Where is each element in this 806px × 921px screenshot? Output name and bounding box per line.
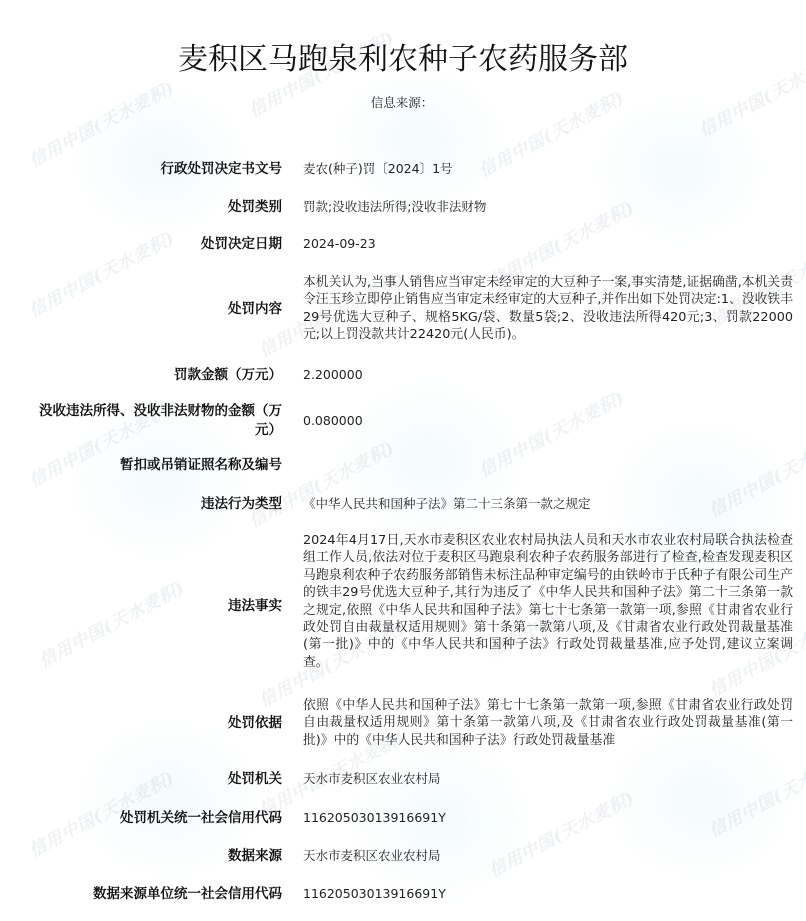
field-value: 本机关认为,当事人销售应当审定未经审定的大豆种子一案,事实清楚,证据确凿,本机关… [303,274,793,344]
field-label: 处罚类别 [228,197,282,217]
watermark-text: 信用中国(天水麦积) [24,73,179,171]
field-value: 0.080000 [303,411,793,431]
watermark-text: 信用中国(天水麦积) [474,383,629,481]
field-value: 依照《中华人民共和国种子法》第七十七条第一款第一项,参照《甘肃省农业行政处罚自由… [303,697,793,749]
field-label: 数据来源 [228,846,282,866]
field-value: 11620503013916691Y [303,884,793,904]
field-label: 数据来源单位统一社会信用代码 [93,884,282,904]
field-label: 没收违法所得、没收非法财物的金额（万元） [32,402,282,440]
field-label: 罚款金额（万元） [174,365,282,385]
penalty-record-page: 信用中国(天水麦积) 信用中国(天水麦积) 信用中国(天水麦积) 信用中国(天水… [0,0,806,921]
field-label: 违法事实 [228,596,282,616]
field-label: 处罚决定日期 [201,234,282,254]
field-value: 《中华人民共和国种子法》第二十三条第一款之规定 [303,494,793,514]
info-source: 信息来源： [0,93,806,111]
field-label: 处罚机关统一社会信用代码 [120,808,282,828]
watermark-text: 信用中国(天水麦积) [244,433,399,531]
field-label: 违法行为类型 [201,494,282,514]
field-label: 处罚机关 [228,769,282,789]
field-label: 处罚依据 [228,713,282,733]
watermark-text: 信用中国(天水麦积) [24,223,179,321]
field-label: 暂扣或吊销证照名称及编号 [120,455,282,475]
field-value: 11620503013916691Y [303,808,793,828]
field-value: 天水市麦积区农业农村局 [303,769,793,789]
field-value: 2.200000 [303,365,793,385]
page-title: 麦积区马跑泉利农种子农药服务部 [0,34,806,78]
watermark-text: 信用中国(天水麦积) [484,783,639,881]
info-source-label: 信息来源： [371,95,434,110]
field-value: 2024年4月17日,天水市麦积区农业农村局执法人员和天水市农业农村局联合执法检… [303,532,793,671]
field-value: 麦农(种子)罚〔2024〕1号 [303,159,793,179]
field-label: 行政处罚决定书文号 [161,159,283,179]
field-value: 天水市麦积区农业农村局 [303,846,793,866]
field-label: 处罚内容 [228,299,282,319]
field-value: 罚款;没收违法所得;没收非法财物 [303,197,793,217]
field-value: 2024-09-23 [303,234,793,254]
watermark-text: 信用中国(天水麦积) [34,573,189,671]
